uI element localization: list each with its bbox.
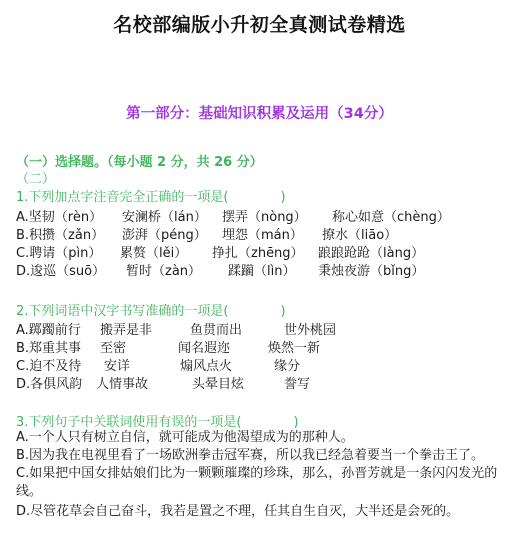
option-word: 鱼贯而出	[190, 319, 242, 338]
option-word: 头晕目炫	[192, 373, 244, 392]
option-word: 累赘（lěi）	[120, 242, 187, 261]
option-word: 摆弄（nòng）	[222, 206, 307, 225]
question-stem-text: 1.下列加点字注音完全正确的一项是(	[16, 190, 228, 205]
question-stem-close: )	[293, 415, 298, 430]
option-word: 安详	[104, 355, 130, 374]
option-word: D.逡巡（suō）	[16, 260, 105, 279]
option-word: 澎湃（péng）	[122, 224, 207, 243]
option-word: C.聘请（pìn）	[16, 242, 101, 261]
option-word: 埋怨（mán）	[222, 224, 303, 243]
option-word: D.各俱风韵	[16, 373, 82, 392]
option-word: 暂时（zàn）	[126, 260, 201, 279]
question-2-stem: 2.下列词语中汉字书写准确的一项是()	[16, 300, 286, 319]
question-3-stem: 3.下列句子中关联词使用有误的一项是()	[16, 411, 299, 430]
question-stem-close: )	[280, 304, 285, 319]
option-word: 焕然一新	[268, 337, 320, 356]
question-3-option-b: B.因为我在电视里看了一场欧洲拳击冠军赛，所以我已经急着要当一个拳击王了。	[16, 447, 516, 465]
option-word: 搬弄是非	[100, 319, 152, 338]
option-word: 缘分	[274, 355, 300, 374]
option-word: 誊写	[284, 373, 310, 392]
question-3-option-d: D.尽管花草会自己奋斗，我若是置之不理，任其自生自灭，大半还是会死的。	[16, 503, 516, 521]
question-1-stem: 1.下列加点字注音完全正确的一项是()	[16, 186, 286, 205]
question-stem-text: 3.下列句子中关联词使用有误的一项是(	[16, 415, 241, 430]
option-word: 闻名遐迩	[178, 337, 230, 356]
option-word: 人情事故	[96, 373, 148, 392]
option-word: B.郑重其事	[16, 337, 81, 356]
option-word: 至密	[100, 337, 126, 356]
question-3-option-c: C.如果把中国女排姑娘们比为一颗颗璀璨的珍珠，那么，孙晋芳就是一条闪闪发光的线。	[16, 465, 516, 501]
option-word: 挣扎（zhēng）	[212, 242, 304, 261]
option-word: 撩水（liāo）	[322, 224, 397, 243]
question-stem-text: 2.下列词语中汉字书写准确的一项是(	[16, 304, 228, 319]
option-word: 秉烛夜游（bǐng）	[318, 260, 424, 279]
question-stem-close: )	[280, 190, 285, 205]
question-3-option-a: A.一个人只有树立自信，就可能成为他渴望成为的那种人。	[16, 429, 516, 447]
option-word: A.踯躅前行	[16, 319, 81, 338]
option-word: 世外桃园	[284, 319, 336, 338]
option-word: 蹂躏（lìn）	[228, 260, 295, 279]
part-title: 第一部分：基础知识积累及运用（34分）	[0, 102, 519, 123]
option-word: 称心如意（chèng）	[332, 206, 450, 225]
option-word: C.迫不及待	[16, 355, 81, 374]
section-heading-two: （二）	[16, 168, 55, 187]
document-title: 名校部编版小升初全真测试卷精选	[0, 10, 519, 37]
option-word: 踉踉跄跄（làng）	[318, 242, 424, 261]
option-word: B.积攒（zǎn）	[16, 224, 104, 243]
option-word: A.坚韧（rèn）	[16, 206, 102, 225]
option-word: 安澜桥（lán）	[122, 206, 207, 225]
option-word: 煽风点火	[180, 355, 232, 374]
